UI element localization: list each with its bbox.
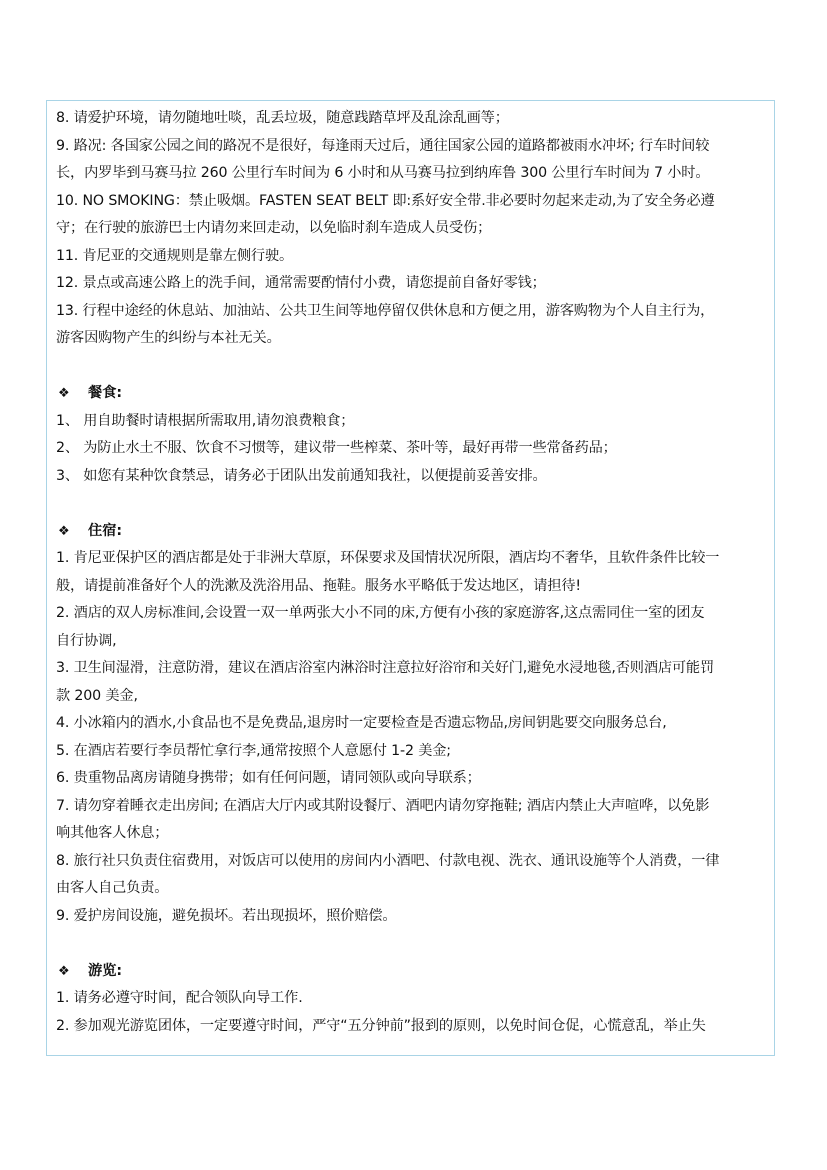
transport-rules-list: 8. 请爱护环境，请勿随地吐啖，乱丢垃圾，随意践踏草坪及乱涂乱画等； 9. 路况… [56, 105, 766, 353]
document-content-box: 8. 请爱护环境，请勿随地吐啖，乱丢垃圾，随意践踏草坪及乱涂乱画等； 9. 路况… [46, 100, 775, 1056]
meals-heading: ❖餐食: [56, 380, 766, 408]
meals-title: 餐食: [88, 385, 122, 401]
lodging-item-3: 3. 卫生间湿滑，注意防滑，建议在酒店浴室内淋浴时注意拉好浴帘和关好门,避免水浸… [56, 655, 766, 683]
meals-item-1: 1、 用自助餐时请根据所需取用,请勿浪费粮食； [56, 408, 766, 436]
lodging-section: ❖住宿: 1. 肯尼亚保护区的酒店都是处于非洲大草原，环保要求及国情状况所限，酒… [56, 518, 766, 931]
rule-10-no-smoking-cont: 守；在行驶的旅游巴士内请勿来回走动，以免临时刹车造成人员受伤； [56, 215, 766, 243]
lodging-title: 住宿: [88, 523, 122, 539]
rule-13-rest-stops: 13. 行程中途经的休息站、加油站、公共卫生间等地停留仅供休息和方便之用，游客购… [56, 298, 766, 326]
rule-13-rest-stops-cont: 游客因购物产生的纠纷与本社无关。 [56, 325, 766, 353]
spacer [56, 353, 766, 381]
lodging-item-6: 6. 贵重物品离房请随身携带；如有任何问题，请同领队或向导联系； [56, 765, 766, 793]
lodging-item-7-cont: 响其他客人休息； [56, 820, 766, 848]
lodging-item-8: 8. 旅行社只负责住宿费用，对饭店可以使用的房间内小酒吧、付款电视、洗衣、通讯设… [56, 848, 766, 876]
lodging-item-4: 4. 小冰箱内的酒水,小食品也不是免费品,退房时一定要检查是否遗忘物品,房间钥匙… [56, 710, 766, 738]
meals-item-2: 2、 为防止水土不服、饮食不习惯等，建议带一些榨菜、茶叶等，最好再带一些常备药品… [56, 435, 766, 463]
rule-11-traffic: 11. 肯尼亚的交通规则是靠左侧行驶。 [56, 243, 766, 271]
lodging-item-2-cont: 自行协调, [56, 628, 766, 656]
rule-9-road-conditions-cont: 长，内罗毕到马赛马拉 260 公里行车时间为 6 小时和从马赛马拉到纳库鲁 30… [56, 160, 766, 188]
lodging-item-7: 7. 请勿穿着睡衣走出房间; 在酒店大厅内或其附设餐厅、酒吧内请勿穿拖鞋; 酒店… [56, 793, 766, 821]
lodging-item-5: 5. 在酒店若要行李员帮忙拿行李,通常按照个人意愿付 1-2 美金; [56, 738, 766, 766]
diamond-bullet-icon: ❖ [56, 518, 88, 546]
sightseeing-title: 游览: [88, 963, 122, 979]
spacer [56, 930, 766, 958]
lodging-item-1: 1. 肯尼亚保护区的酒店都是处于非洲大草原，环保要求及国情状况所限，酒店均不奢华… [56, 545, 766, 573]
rule-12-restroom: 12. 景点或高速公路上的洗手间，通常需要酌情付小费，请您提前自备好零钱； [56, 270, 766, 298]
spacer [56, 490, 766, 518]
sightseeing-heading: ❖游览: [56, 958, 766, 986]
rule-8-environment: 8. 请爱护环境，请勿随地吐啖，乱丢垃圾，随意践踏草坪及乱涂乱画等； [56, 105, 766, 133]
rule-10-no-smoking: 10. NO SMOKING：禁止吸烟。FASTEN SEAT BELT 即:系… [56, 188, 766, 216]
lodging-item-9: 9. 爱护房间设施，避免损坏。若出现损坏，照价赔偿。 [56, 903, 766, 931]
sightseeing-section: ❖游览: 1. 请务必遵守时间，配合领队向导工作. 2. 参加观光游览团体，一定… [56, 958, 766, 1041]
lodging-item-1-cont: 般，请提前准备好个人的洗漱及洗浴用品、拖鞋。服务水平略低于发达地区，请担待! [56, 573, 766, 601]
sightseeing-item-1: 1. 请务必遵守时间，配合领队向导工作. [56, 985, 766, 1013]
diamond-bullet-icon: ❖ [56, 958, 88, 986]
lodging-item-3-cont: 款 200 美金, [56, 683, 766, 711]
lodging-item-2: 2. 酒店的双人房标准间,会设置一双一单两张大小不同的床,方便有小孩的家庭游客,… [56, 600, 766, 628]
meals-section: ❖餐食: 1、 用自助餐时请根据所需取用,请勿浪费粮食； 2、 为防止水土不服、… [56, 380, 766, 490]
lodging-item-8-cont: 由客人自己负责。 [56, 875, 766, 903]
meals-item-3: 3、 如您有某种饮食禁忌，请务必于团队出发前通知我社，以便提前妥善安排。 [56, 463, 766, 491]
rule-9-road-conditions: 9. 路况: 各国家公园之间的路况不是很好，每逢雨天过后，通往国家公园的道路都被… [56, 133, 766, 161]
diamond-bullet-icon: ❖ [56, 380, 88, 408]
lodging-heading: ❖住宿: [56, 518, 766, 546]
sightseeing-item-2: 2. 参加观光游览团体，一定要遵守时间，严守“五分钟前”报到的原则，以免时间仓促… [56, 1013, 766, 1041]
